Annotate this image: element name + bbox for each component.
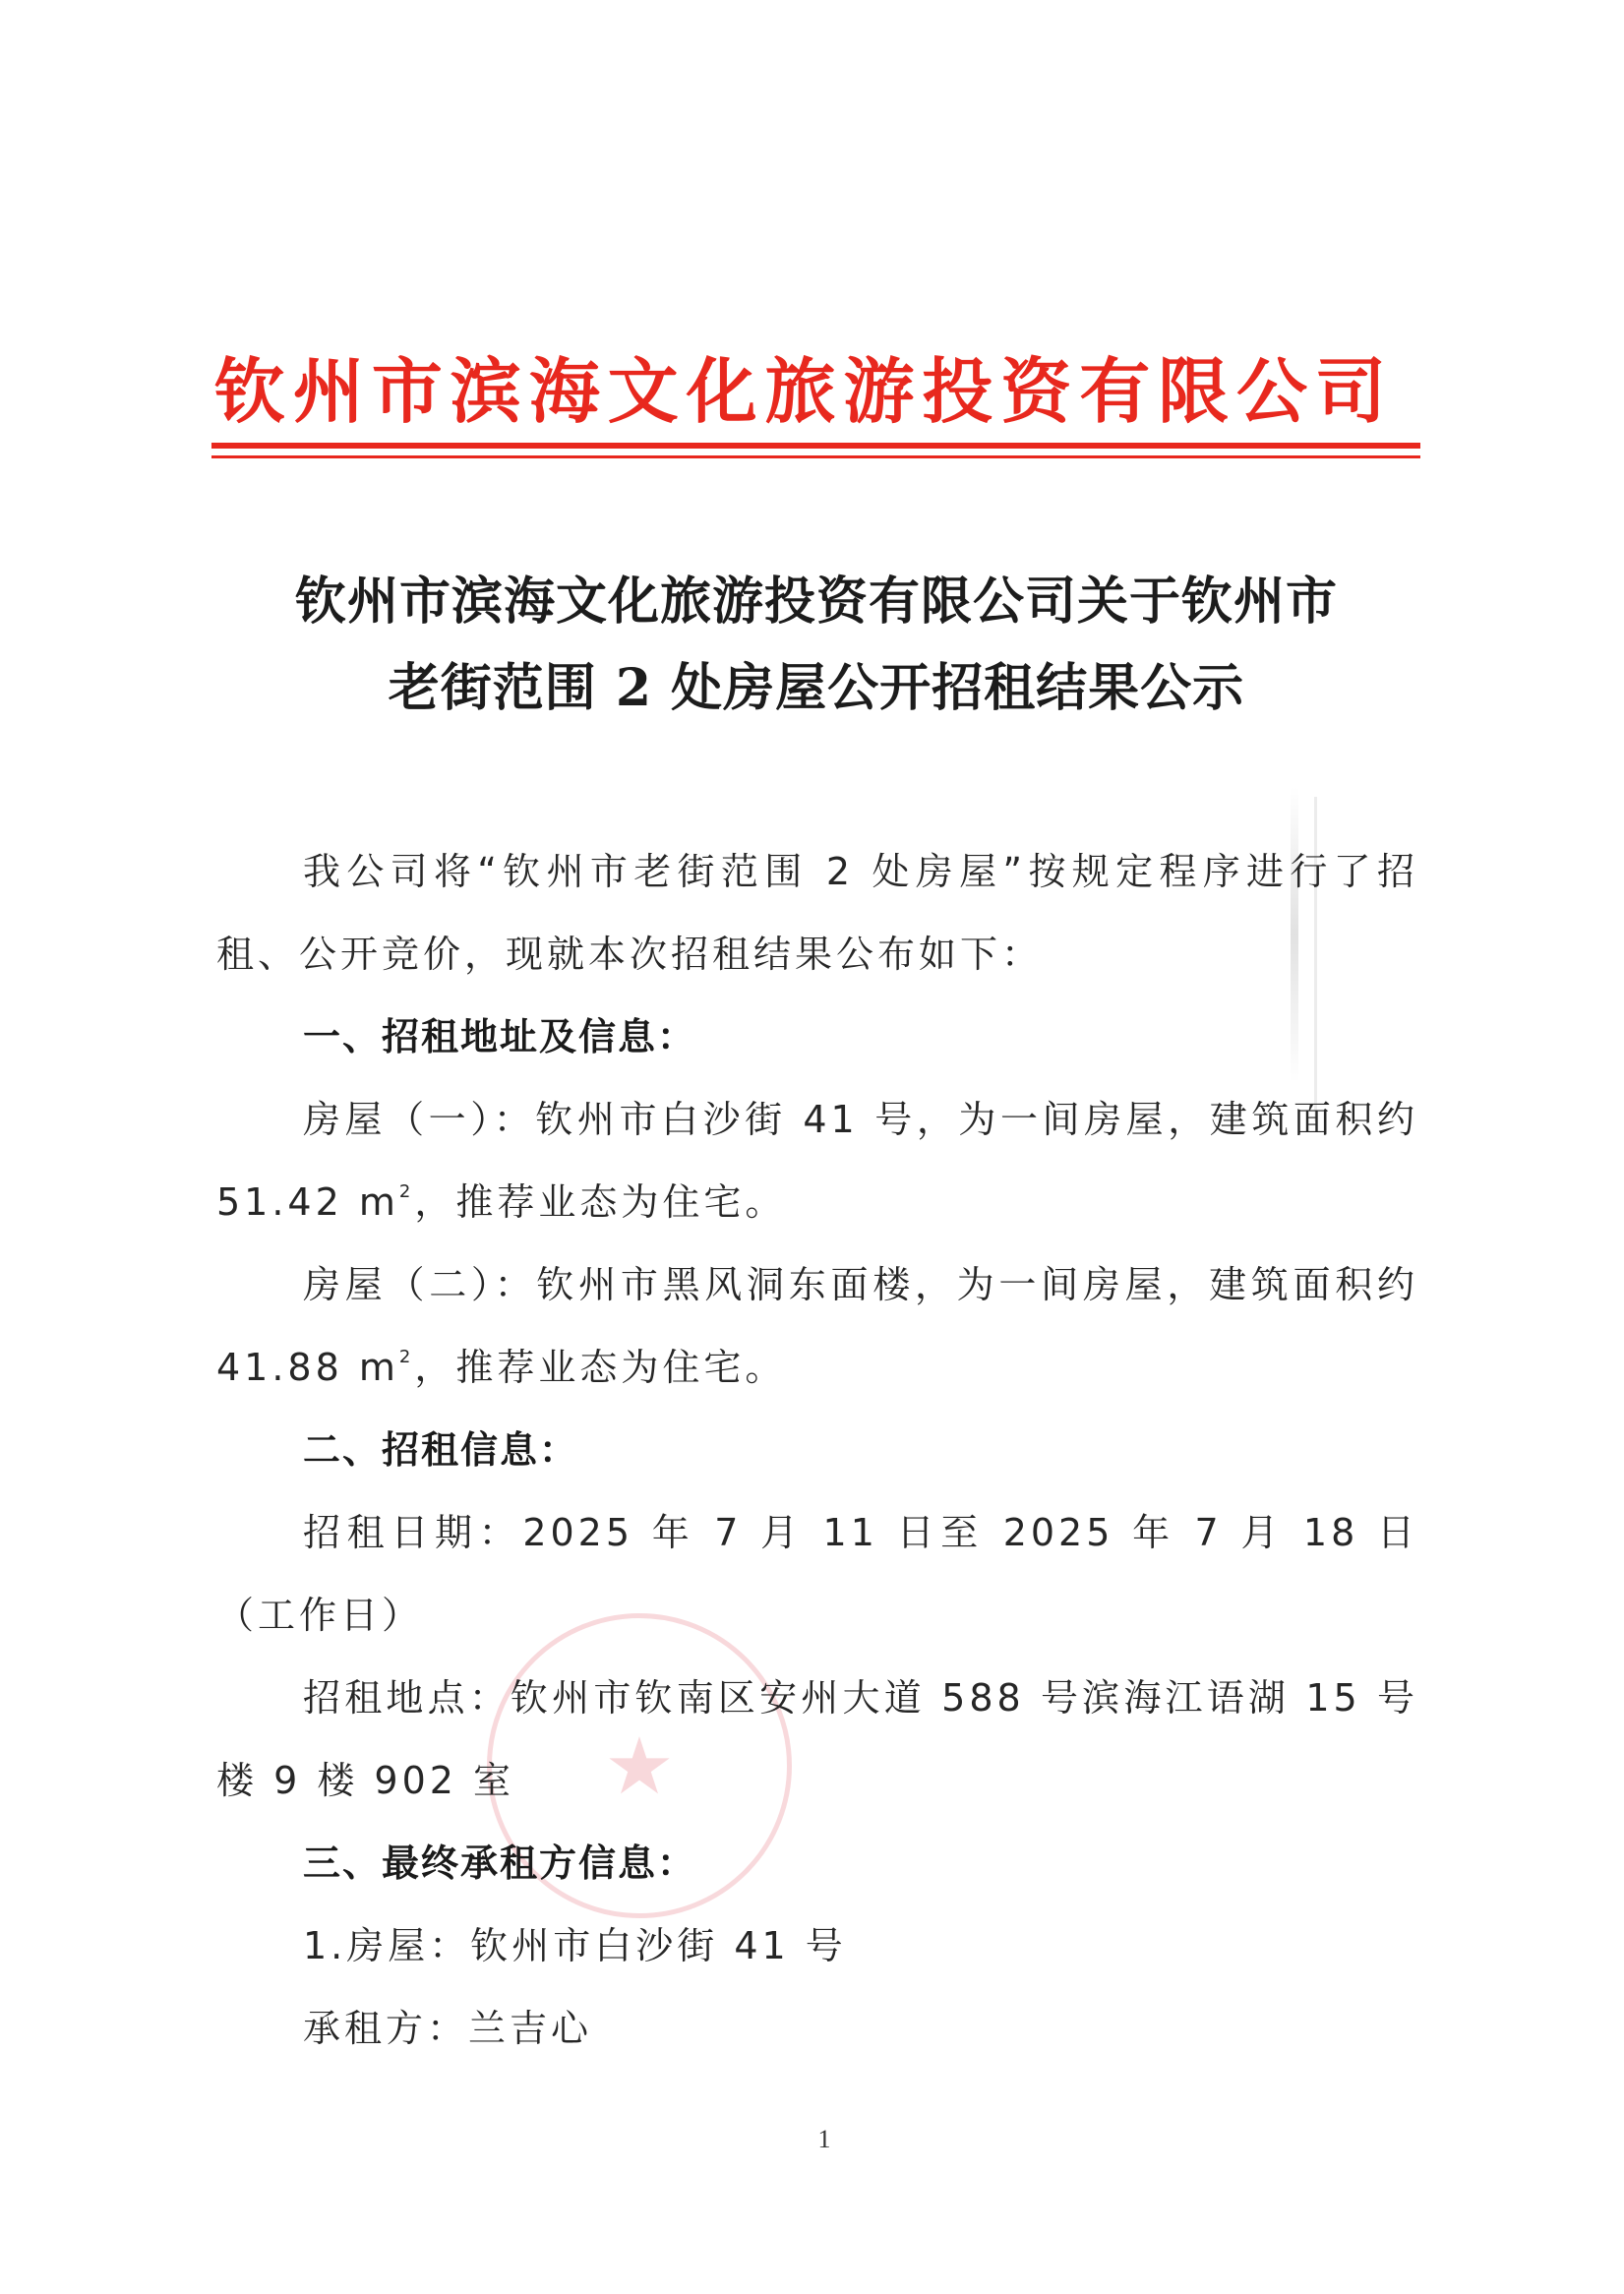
house-1-unit-sup: 2: [399, 1181, 414, 1202]
title-line-1: 钦州市滨海文化旅游投资有限公司关于钦州市: [207, 559, 1426, 645]
masthead-rule-thick: [211, 443, 1420, 449]
house-2-label: 房屋（二）：: [303, 1263, 536, 1306]
intro-paragraph: 我公司将“钦州市老街范围 2 处房屋”按规定程序进行了招租、公开竞价，现就本次招…: [216, 830, 1418, 996]
page-number: 1: [814, 2125, 834, 2154]
house-2-paragraph: 房屋（二）：钦州市黑风洞东面楼，为一间房屋，建筑面积约 41.88 m2，推荐业…: [216, 1243, 1418, 1409]
document-body: 我公司将“钦州市老街范围 2 处房屋”按规定程序进行了招租、公开竞价，现就本次招…: [216, 830, 1418, 2070]
document-title: 钦州市滨海文化旅游投资有限公司关于钦州市 老街范围 2 处房屋公开招租结果公示: [207, 559, 1426, 732]
document-page: 钦州市滨海文化旅游投资有限公司 钦州市滨海文化旅游投资有限公司关于钦州市 老街范…: [0, 0, 1624, 2294]
house-2-unit-sup: 2: [399, 1347, 414, 1367]
result-tenant: 承租方：兰吉心: [216, 1987, 1418, 2070]
masthead-org-name: 钦州市滨海文化旅游投资有限公司: [214, 352, 1391, 431]
result-house: 1.房屋：钦州市白沙街 41 号: [216, 1904, 1418, 1987]
house-1-paragraph: 房屋（一）：钦州市白沙街 41 号，为一间房屋，建筑面积约 51.42 m2，推…: [216, 1078, 1418, 1243]
house-1-label: 房屋（一）：: [303, 1098, 535, 1141]
section-heading-3: 三、最终承租方信息：: [216, 1822, 1418, 1904]
house-1-text-end: ，推荐业态为住宅。: [414, 1180, 786, 1224]
section-heading-1: 一、招租地址及信息：: [216, 996, 1418, 1078]
section-heading-2: 二、招租信息：: [216, 1409, 1418, 1491]
title-line-2: 老街范围 2 处房屋公开招租结果公示: [207, 645, 1426, 732]
masthead-rule-thin: [211, 455, 1420, 458]
tender-location: 招租地点：钦州市钦南区安州大道 588 号滨海江语湖 15 号楼 9 楼 902…: [216, 1657, 1418, 1822]
tender-dates: 招租日期：2025 年 7 月 11 日至 2025 年 7 月 18 日（工作…: [216, 1491, 1418, 1657]
house-2-text-end: ，推荐业态为住宅。: [414, 1346, 786, 1389]
